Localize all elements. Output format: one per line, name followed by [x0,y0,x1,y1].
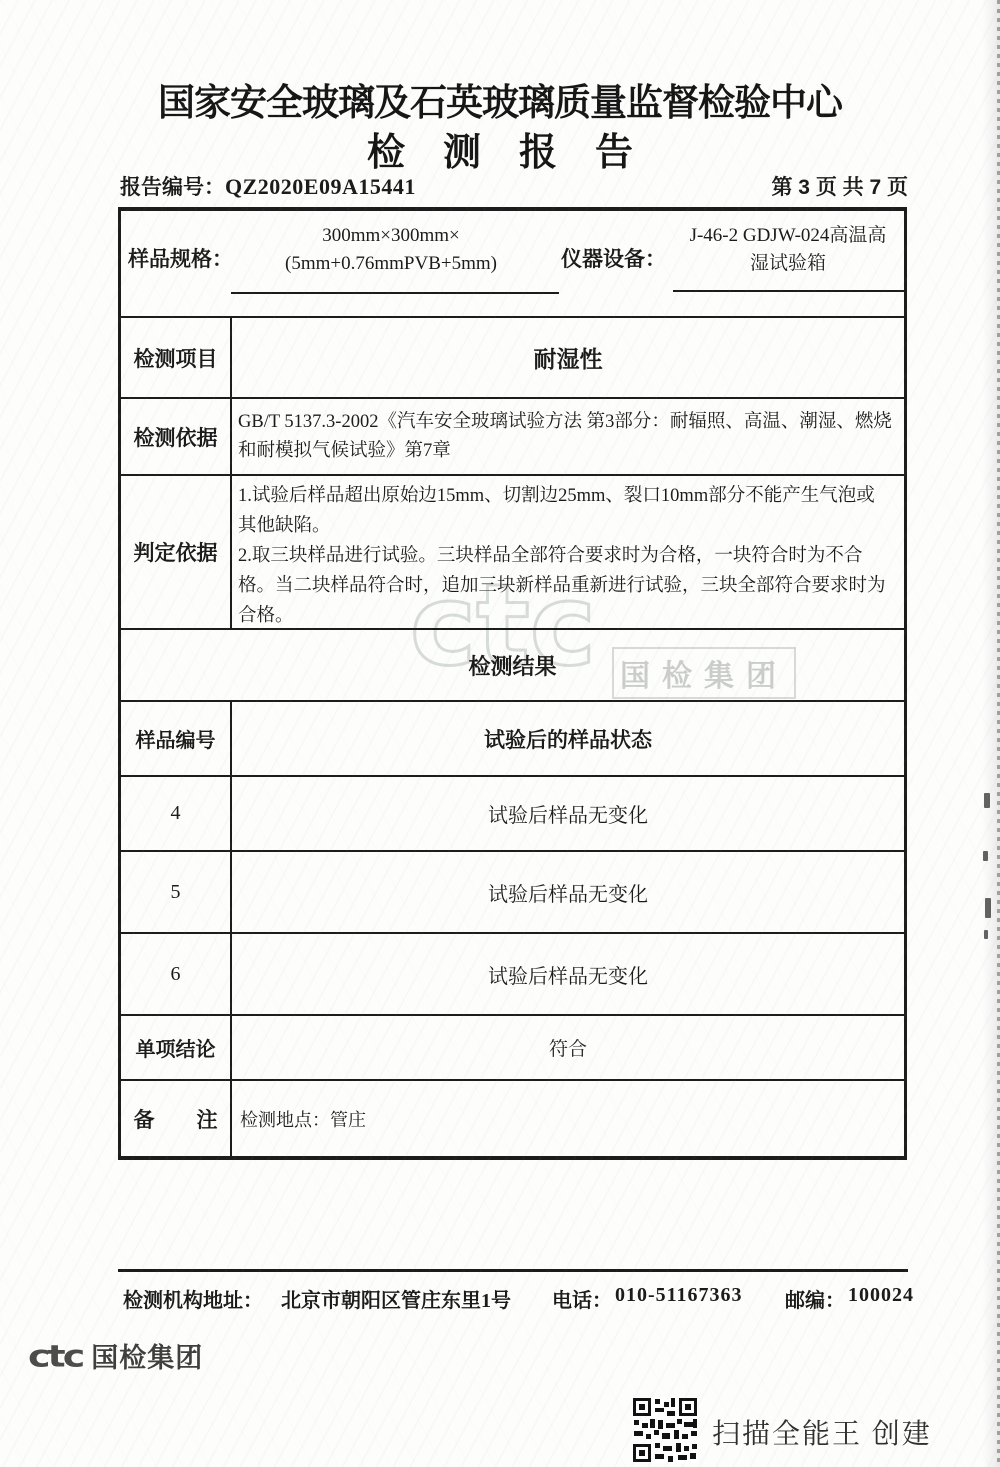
report-title: 检 测 报 告 [0,121,1000,176]
brand-company-name: 国检集团 [91,1336,203,1375]
results-section-title: 检测结果 [121,630,904,702]
result-row: 4 试验后样品无变化 [121,777,904,852]
ctc-brand-logo: ctc 国检集团 [28,1336,203,1375]
result-sample-no: 5 [121,852,232,932]
scanner-app-note: 扫描全能王 创建 [712,1412,932,1452]
result-sample-no: 6 [121,934,232,1014]
result-row: 6 试验后样品无变化 [121,934,904,1016]
address-label: 检测机构地址： [123,1284,263,1313]
phone-value: 010-51167363 [615,1284,743,1307]
equipment-value: J-46-2 GDJW-024高温高 湿试验箱 [670,222,906,278]
report-number: 报告编号：QZ2020E09A15441 [120,171,416,201]
bleed-through-mark [983,851,988,861]
test-basis-label: 检测依据 [121,399,232,474]
test-basis-row: 检测依据 GB/T 5137.3-2002《汽车安全玻璃试验方法 第3部分：耐辐… [121,399,904,476]
report-table: 样品规格： 300mm×300mm× (5mm+0.76mmPVB+5mm) 仪… [118,207,907,1160]
sample-info-row: 样品规格： 300mm×300mm× (5mm+0.76mmPVB+5mm) 仪… [121,211,904,318]
remark-value: 检测地点：管庄 [232,1081,904,1156]
equipment-label: 仪器设备： [561,243,666,273]
page-indicator: 第 3 页 共 7 页 [771,171,908,201]
test-item-value: 耐湿性 [232,318,904,397]
judge-basis-value: 1.试验后样品超出原始边15mm、切割边25mm、裂口10mm部分不能产生气泡或… [232,476,904,628]
conclusion-row: 单项结论 符合 [121,1016,904,1081]
report-number-value: QZ2020E09A15441 [225,174,416,199]
sample-spec-value: 300mm×300mm× (5mm+0.76mmPVB+5mm) [219,222,563,278]
result-status: 试验后样品无变化 [232,852,904,932]
address-value: 北京市朝阳区管庄东里1号 [281,1284,511,1313]
conclusion-value: 符合 [232,1016,904,1079]
sample-spec-line2: (5mm+0.76mmPVB+5mm) [219,250,563,278]
results-header-row: 样品编号 试验后的样品状态 [121,702,904,777]
test-item-label: 检测项目 [121,318,232,397]
remark-label: 备 注 [121,1081,232,1156]
sample-spec-label: 样品规格： [128,243,233,273]
report-number-row: 报告编号：QZ2020E09A15441 第 3 页 共 7 页 [120,171,908,201]
zip-label: 邮编： [785,1284,845,1313]
bleed-through-mark [985,898,991,918]
footer-divider [118,1269,908,1272]
result-status: 试验后样品无变化 [232,934,904,1014]
judge-basis-label: 判定依据 [121,476,232,628]
qr-code-icon [632,1397,698,1467]
judge-basis-row: 判定依据 1.试验后样品超出原始边15mm、切割边25mm、裂口10mm部分不能… [121,476,904,630]
equipment-line2: 湿试验箱 [670,250,906,278]
status-header: 试验后的样品状态 [232,702,904,775]
zip-value: 100024 [848,1284,914,1307]
test-basis-value: GB/T 5137.3-2002《汽车安全玻璃试验方法 第3部分：耐辐照、高温、… [232,399,904,474]
sample-spec-underline [231,292,559,294]
scanned-report-page: ctc 国检集团 国家安全玻璃及石英玻璃质量监督检验中心 检 测 报 告 报告编… [0,0,1000,1467]
ctc-logo-icon: ctc [28,1342,82,1369]
report-number-label: 报告编号： [120,176,225,199]
result-sample-no: 4 [121,777,232,850]
conclusion-label: 单项结论 [121,1016,232,1079]
organization-title: 国家安全玻璃及石英玻璃质量监督检验中心 [0,72,1000,126]
equipment-underline [673,290,905,292]
equipment-line1: J-46-2 GDJW-024高温高 [670,222,906,250]
test-item-row: 检测项目 耐湿性 [121,318,904,399]
sample-spec-line1: 300mm×300mm× [219,222,563,250]
judge-basis-item-2: 2.取三块样品进行试验。三块样品全部符合要求时为合格，一块符合时为不合格。当二块… [238,541,892,631]
remark-row: 备 注 检测地点：管庄 [121,1081,904,1156]
result-status: 试验后样品无变化 [232,777,904,850]
bleed-through-mark [984,793,990,808]
judge-basis-item-1: 1.试验后样品超出原始边15mm、切割边25mm、裂口10mm部分不能产生气泡或… [238,481,892,541]
result-row: 5 试验后样品无变化 [121,852,904,934]
phone-label: 电话： [552,1284,612,1313]
sample-no-header: 样品编号 [121,702,232,775]
bleed-through-mark [984,930,988,939]
